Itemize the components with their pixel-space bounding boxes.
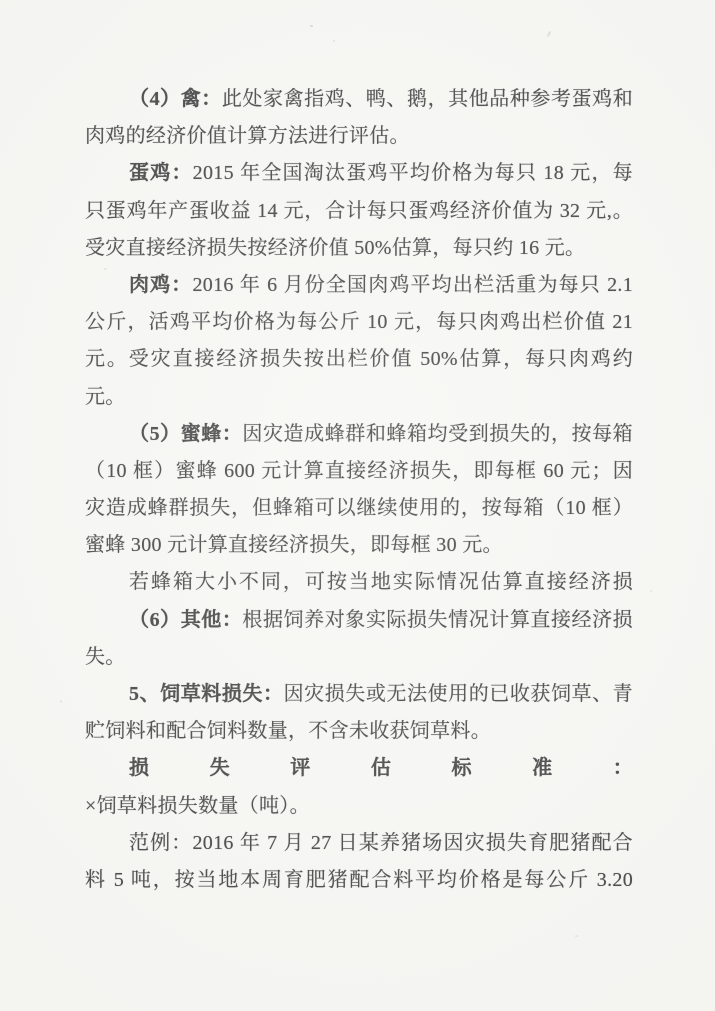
doc-line-bee-heading: （5）蜜蜂：因灾造成蜂群和蜂箱均受到损失的，按每箱 <box>85 416 633 453</box>
line-text: 元。 <box>85 386 126 408</box>
line-lead: （6）其他： <box>129 609 242 631</box>
line-text: （10 框）蜜蜂 600 元计算直接经济损失，即每框 60 元；因 <box>85 460 633 482</box>
line-text: 范例：2016 年 7 月 27 日某养猪场因灾损失育肥猪配合 <box>129 832 633 854</box>
line-text: 元。受灾直接经济损失按出栏价值 50%估算，每只肉鸡约 10.5 <box>85 348 633 378</box>
doc-line: 料 5 吨，按当地本周育肥猪配合料平均价格是每公斤 3.20 <box>85 862 633 899</box>
line-text: 此处家禽指鸡、鸭、鹅，其他品种参考蛋鸡和 <box>222 88 633 110</box>
scanned-document-page: （4）禽：此处家禽指鸡、鸭、鹅，其他品种参考蛋鸡和 肉鸡的经济价值计算方法进行评… <box>0 0 715 1011</box>
line-text: 因灾损失或无法使用的已收获饲草、青 <box>284 683 633 705</box>
line-text: 料 5 吨，按当地本周育肥猪配合料平均价格是每公斤 3.20 <box>85 869 633 891</box>
scan-scratch <box>547 31 552 37</box>
scan-speck <box>310 25 313 27</box>
line-lead: 蛋鸡： <box>129 162 193 184</box>
line-text: 受灾直接经济损失按经济价值 50%估算，每只约 16 元。 <box>85 237 585 259</box>
line-text: 2016 年 6 月份全国肉鸡平均出栏活重为每只 2.1 <box>192 274 633 296</box>
line-text: 公斤，活鸡平均价格为每公斤 10 元，每只肉鸡出栏价值 21 <box>85 311 633 333</box>
line-text: 灾造成蜂群损失，但蜂箱可以继续使用的，按每箱（10 框） <box>85 497 633 519</box>
line-text: 根据饲养对象实际损失情况计算直接经济损 <box>242 609 633 631</box>
scan-speck <box>333 40 335 42</box>
doc-line: 元。 <box>85 379 633 416</box>
scan-speck <box>650 590 652 592</box>
doc-line-poultry-heading: （4）禽：此处家禽指鸡、鸭、鹅，其他品种参考蛋鸡和 <box>85 81 633 118</box>
doc-line-example: 范例：2016 年 7 月 27 日某养猪场因灾损失育肥猪配合 <box>85 825 633 862</box>
line-lead: 5、饲草料损失： <box>129 683 284 705</box>
line-text: 因灾造成蜂群和蜂箱均受到损失的，按每箱 <box>242 423 633 445</box>
doc-line-forage-loss-heading: 5、饲草料损失：因灾损失或无法使用的已收获饲草、青 <box>85 676 633 713</box>
doc-line-other-heading: （6）其他：根据饲养对象实际损失情况计算直接经济损 <box>85 602 633 639</box>
document-text-block: （4）禽：此处家禽指鸡、鸭、鹅，其他品种参考蛋鸡和 肉鸡的经济价值计算方法进行评… <box>85 81 633 899</box>
line-text: 蜜蜂 300 元计算直接经济损失，即每框 30 元。 <box>85 534 503 556</box>
doc-line-layer-hen-heading: 蛋鸡：2015 年全国淘汰蛋鸡平均价格为每只 18 元，每 <box>85 155 633 192</box>
scan-speck <box>60 700 62 703</box>
line-text: ×饲草料损失数量（吨）。 <box>85 795 310 817</box>
doc-line: 蜜蜂 300 元计算直接经济损失，即每框 30 元。 <box>85 527 633 564</box>
line-text: 肉鸡的经济价值计算方法进行评估。 <box>85 125 410 147</box>
doc-line: （10 框）蜜蜂 600 元计算直接经济损失，即每框 60 元；因 <box>85 453 633 490</box>
doc-line: 公斤，活鸡平均价格为每公斤 10 元，每只肉鸡出栏价值 21 <box>85 304 633 341</box>
line-lead: （4）禽： <box>129 88 222 110</box>
doc-line: ×饲草料损失数量（吨）。 <box>85 788 633 825</box>
line-text: 若蜂箱大小不同，可按当地实际情况估算直接经济损失。 <box>85 571 633 601</box>
doc-line: 肉鸡的经济价值计算方法进行评估。 <box>85 118 633 155</box>
scan-speck <box>575 935 578 937</box>
line-text: 贮饲料和配合饲料数量，不含未收获饲草料。 <box>85 720 491 742</box>
doc-line: 受灾直接经济损失按经济价值 50%估算，每只约 16 元。 <box>85 230 633 267</box>
line-text: 失。 <box>85 646 126 668</box>
doc-line: 灾造成蜂群损失，但蜂箱可以继续使用的，按每箱（10 框） <box>85 490 633 527</box>
line-text: 2015 年全国淘汰蛋鸡平均价格为每只 18 元，每 <box>193 162 633 184</box>
line-lead: 肉鸡： <box>129 274 192 296</box>
doc-line: 失。 <box>85 639 633 676</box>
doc-line: 只蛋鸡年产蛋收益 14 元，合计每只蛋鸡经济价值为 32 元,。 <box>85 193 633 230</box>
doc-line-assessment-standard-heading: 损失评估标准：饲草料损失（元）=饲草料单价（元/吨） <box>85 750 633 787</box>
doc-line: 贮饲料和配合饲料数量，不含未收获饲草料。 <box>85 713 633 750</box>
line-text: 只蛋鸡年产蛋收益 14 元，合计每只蛋鸡经济价值为 32 元,。 <box>85 200 633 222</box>
doc-line-broiler-heading: 肉鸡：2016 年 6 月份全国肉鸡平均出栏活重为每只 2.1 <box>85 267 633 304</box>
doc-line: 元。受灾直接经济损失按出栏价值 50%估算，每只肉鸡约 10.5 <box>85 341 633 378</box>
line-lead: 损失评估标准： <box>129 757 633 779</box>
doc-line: 若蜂箱大小不同，可按当地实际情况估算直接经济损失。 <box>85 564 633 601</box>
line-lead: （5）蜜蜂： <box>129 423 242 445</box>
